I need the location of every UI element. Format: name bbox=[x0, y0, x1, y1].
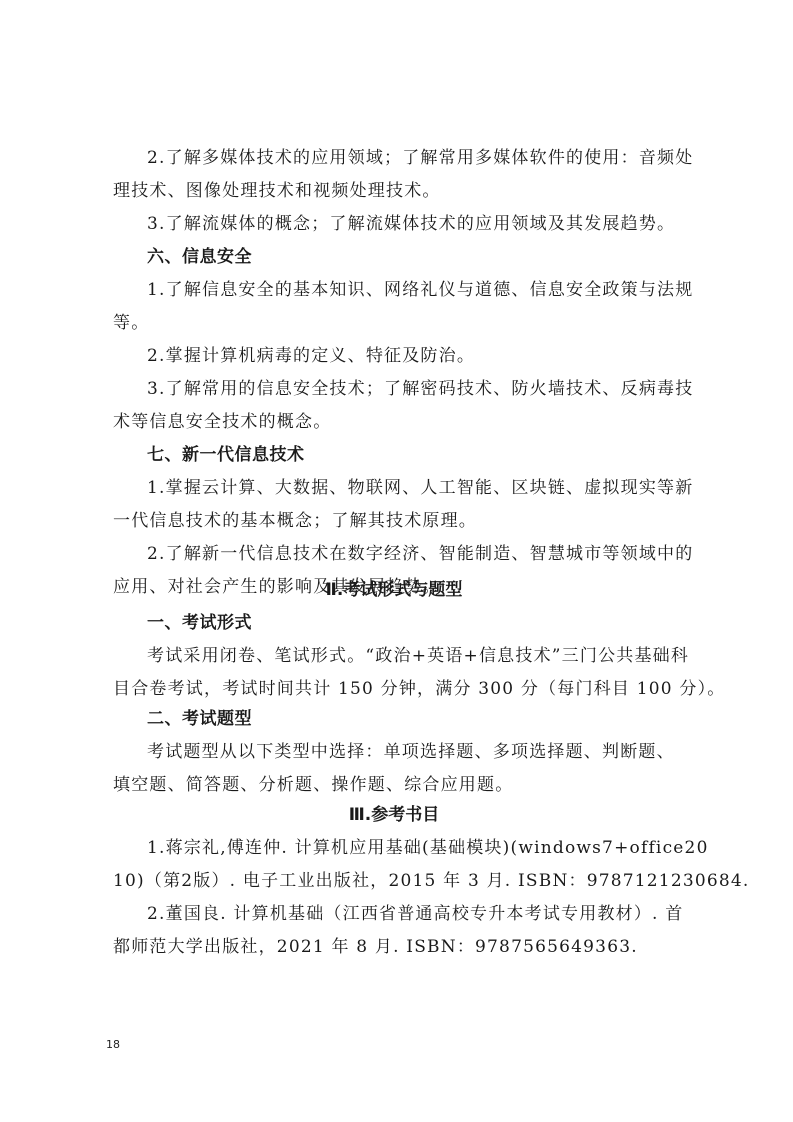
heading-exam-types: 二、考试题型 bbox=[147, 708, 675, 730]
paragraph-exam-form-cont: 目合卷考试，考试时间共计 150 分钟，满分 300 分（每门科目 100 分）… bbox=[113, 678, 675, 700]
paragraph-multimedia-2: 2.了解多媒体技术的应用领域；了解常用多媒体软件的使用：音频处 bbox=[147, 147, 675, 169]
paragraph-multimedia-2-cont: 理技术、图像处理技术和视频处理技术。 bbox=[113, 180, 675, 202]
paragraph-security-1-cont: 等。 bbox=[113, 312, 675, 334]
paragraph-new-it-2: 2.了解新一代信息技术在数字经济、智能制造、智慧城市等领域中的 bbox=[147, 543, 675, 565]
page-number: 18 bbox=[106, 1038, 120, 1051]
heading-new-it: 七、新一代信息技术 bbox=[147, 444, 675, 466]
paragraph-multimedia-3: 3.了解流媒体的概念；了解流媒体技术的应用领域及其发展趋势。 bbox=[147, 213, 675, 235]
paragraph-exam-types: 考试题型从以下类型中选择：单项选择题、多项选择题、判断题、 bbox=[147, 741, 675, 763]
paragraph-security-3-cont: 术等信息安全技术的概念。 bbox=[113, 411, 675, 433]
reference-1: 1.蒋宗礼,傅连仲. 计算机应用基础(基础模块)(windows7+office… bbox=[147, 837, 675, 859]
paragraph-security-1: 1.了解信息安全的基本知识、网络礼仪与道德、信息安全政策与法规 bbox=[147, 279, 675, 301]
reference-1-cont: 10)（第2版）. 电子工业出版社，2015 年 3 月. ISBN：97871… bbox=[113, 870, 675, 892]
section-title-exam-format: Ⅱ.考试形式与题型 bbox=[113, 579, 675, 601]
heading-exam-form: 一、考试形式 bbox=[147, 612, 675, 634]
paragraph-new-it-1: 1.掌握云计算、大数据、物联网、人工智能、区块链、虚拟现实等新 bbox=[147, 477, 675, 499]
section-title-references: Ⅲ.参考书目 bbox=[113, 804, 675, 826]
paragraph-security-3: 3.了解常用的信息安全技术；了解密码技术、防火墙技术、反病毒技 bbox=[147, 378, 675, 400]
reference-2: 2.董国良. 计算机基础（江西省普通高校专升本考试专用教材）. 首 bbox=[147, 903, 675, 925]
paragraph-security-2: 2.掌握计算机病毒的定义、特征及防治。 bbox=[147, 345, 675, 367]
paragraph-exam-types-cont: 填空题、简答题、分析题、操作题、综合应用题。 bbox=[113, 774, 675, 796]
paragraph-exam-form: 考试采用闭卷、笔试形式。“政治+英语+信息技术”三门公共基础科 bbox=[147, 645, 675, 667]
paragraph-new-it-1-cont: 一代信息技术的基本概念；了解其技术原理。 bbox=[113, 510, 675, 532]
reference-2-cont: 都师范大学出版社，2021 年 8 月. ISBN：9787565649363. bbox=[113, 936, 675, 958]
heading-info-security: 六、信息安全 bbox=[147, 246, 675, 268]
